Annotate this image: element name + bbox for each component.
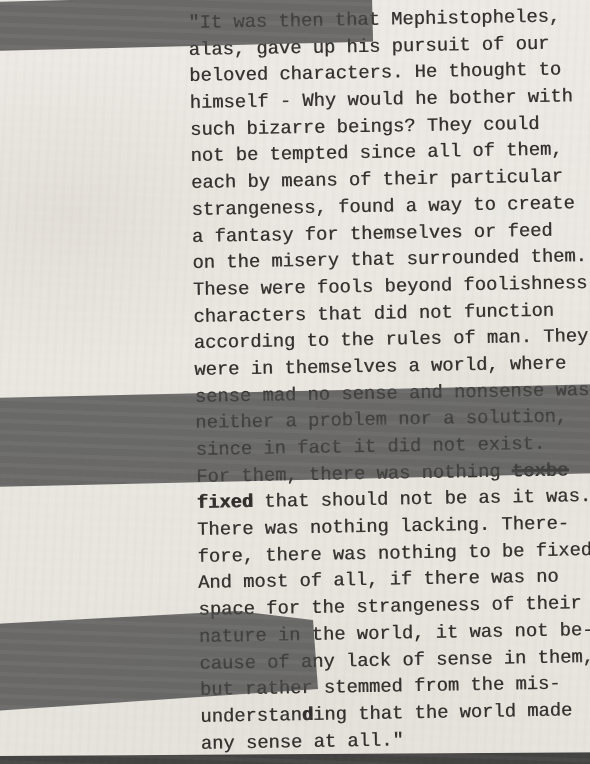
overstruck-character: d bbox=[302, 704, 314, 726]
text-segment: characters that did not function bbox=[193, 299, 554, 327]
text-segment: fore, there was nothing to be fixed. bbox=[197, 539, 590, 568]
text-segment: according to the rules of man. They bbox=[194, 325, 589, 354]
text-segment: And most of all, if there was no bbox=[198, 566, 559, 594]
text-segment: such bizarre beings? They could bbox=[190, 113, 540, 141]
text-segment: understan bbox=[200, 704, 302, 728]
text-segment: beloved characters. He thought to bbox=[189, 59, 561, 87]
text-segment: not be tempted since all of them, bbox=[190, 139, 562, 167]
scanned-page: "It was then that Mephistopheles,alas, g… bbox=[0, 0, 590, 764]
text-segment: since in fact it did not exist. bbox=[195, 433, 545, 461]
text-segment: space for the strangeness of their bbox=[198, 592, 582, 621]
struck-out-word: toxbe bbox=[511, 459, 568, 482]
text-segment: These were fools beyond foolishness, bbox=[193, 272, 590, 301]
text-segment: nature in the world, it was not be- bbox=[199, 619, 590, 648]
text-segment: For them, there was nothing bbox=[196, 460, 512, 488]
text-segment: neither a problem nor a solution, bbox=[195, 406, 567, 434]
text-segment: There was nothing lacking. There- bbox=[197, 512, 569, 540]
text-segment: each by means of their particular bbox=[191, 166, 563, 194]
text-segment: strangeness, found a way to create bbox=[191, 192, 575, 221]
text-segment: sense mad no sense and nonsense was bbox=[195, 379, 590, 408]
text-segment: were in themselves a world, where bbox=[194, 352, 566, 380]
overstruck-bold-word: fixed bbox=[196, 491, 253, 514]
text-segment: cause of any lack of sense in them, bbox=[199, 646, 590, 675]
text-segment: ing that the world made bbox=[313, 699, 573, 726]
text-segment: himself - Why would he bother with bbox=[189, 85, 573, 114]
typewritten-text: "It was then that Mephistopheles,alas, g… bbox=[188, 3, 590, 757]
text-segment: on the misery that surrounded them. bbox=[192, 245, 587, 274]
text-segment: any sense at all." bbox=[201, 729, 404, 755]
text-segment: a fantasy for themselves or feed bbox=[192, 219, 553, 247]
text-segment: alas, gave up his pursuit of our bbox=[189, 32, 550, 60]
text-segment: that should not be as it was. bbox=[253, 485, 590, 513]
text-segment: "It was then that Mephistopheles, bbox=[188, 6, 560, 34]
text-segment: but rather stemmed from the mis- bbox=[200, 673, 561, 701]
